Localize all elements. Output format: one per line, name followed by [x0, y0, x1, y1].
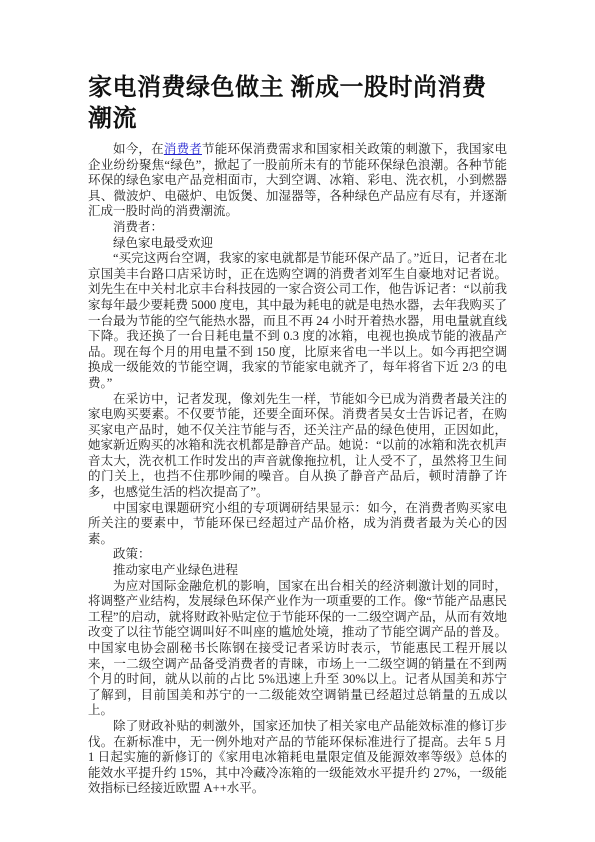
paragraph-liu-interview: “买完这两台空调，我家的家电就都是节能环保产品了。”近日，记者在北京国美丰台路口…	[88, 251, 507, 391]
consumer-hyperlink[interactable]: 消费者	[164, 142, 202, 156]
paragraph-intro: 如今，在消费者节能环保消费需求和国家相关政策的刺激下，我国家电企业纷纷聚焦“绿色…	[88, 142, 507, 220]
section-label-policy: 政策：	[88, 547, 507, 563]
paragraph-survey-result: 中国家电课题研究小组的专项调研结果显示：如今，在消费者购买家电所关注的要素中，节…	[88, 501, 507, 548]
article-content: 家电消费绿色做主 渐成一股时尚消费潮流 如今，在消费者节能环保消费需求和国家相关…	[88, 73, 507, 797]
intro-text-before: 如今，在	[113, 142, 164, 156]
paragraph-energy-standards: 除了财政补贴的刺激外，国家还加快了相关家电产品能效标准的修订步伐。在新标准中，无…	[88, 719, 507, 797]
article-body: 如今，在消费者节能环保消费需求和国家相关政策的刺激下，我国家电企业纷纷聚焦“绿色…	[88, 142, 507, 797]
document-page: 家电消费绿色做主 渐成一股时尚消费潮流 如今，在消费者节能环保消费需求和国家相关…	[0, 0, 595, 842]
section-heading-green-most-popular: 绿色家电最受欢迎	[88, 236, 507, 252]
section-label-consumer: 消费者：	[88, 220, 507, 236]
paragraph-policy-stimulus: 为应对国际金融危机的影响，国家在出台相关的经济刺激计划的同时，将调整产业结构，发…	[88, 579, 507, 719]
section-heading-policy-progress: 推动家电产业绿色进程	[88, 563, 507, 579]
paragraph-wu-interview: 在采访中，记者发现，像刘先生一样，节能如今已成为消费者最关注的家电购买要素。不仅…	[88, 392, 507, 501]
article-title: 家电消费绿色做主 渐成一股时尚消费潮流	[88, 73, 507, 135]
